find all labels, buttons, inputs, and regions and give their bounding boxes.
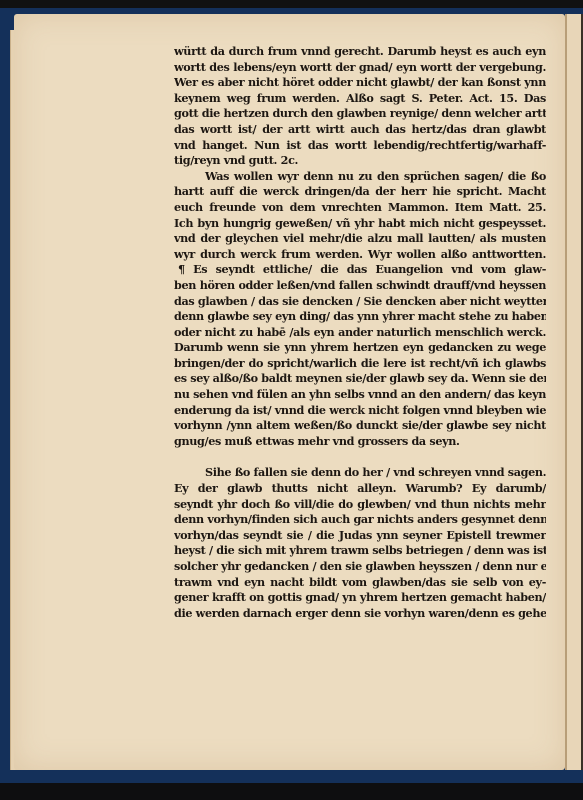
paragraph-2: Was wollen wyr denn nu zu den sprüchen s… bbox=[174, 169, 546, 263]
text-line: württ da durch frum vnnd gerecht. Darumb… bbox=[174, 44, 546, 60]
text-line: wortt des lebens/eyn wortt der gnad/ eyn… bbox=[174, 60, 546, 76]
text-line: keynem weg frum werden. Alßo sagt S. Pet… bbox=[174, 91, 546, 107]
text-line: vnd hanget. Nun ist das wortt lebendig/r… bbox=[174, 138, 546, 154]
text-line: heyst / die sich mit yhrem trawm selbs b… bbox=[174, 543, 546, 559]
text-line: vorhyn/das seyndt sie / die Judas ynn se… bbox=[174, 528, 546, 544]
page-text-block: württ da durch frum vnnd gerecht. Darumb… bbox=[174, 44, 546, 621]
background-bottom bbox=[0, 783, 583, 800]
text-line: denn vorhyn/finden sich auch gar nichts … bbox=[174, 512, 546, 528]
text-line: die werden darnach erger denn sie vorhyn… bbox=[174, 606, 546, 622]
text-line: solcher yhr gedancken / den sie glawben … bbox=[174, 559, 546, 575]
text-line: ben hören odder leßen/vnd fallen schwind… bbox=[174, 278, 546, 294]
paragraph-1: württ da durch frum vnnd gerecht. Darumb… bbox=[174, 44, 546, 169]
background-top bbox=[0, 0, 583, 8]
text-line: gnug/es muß ettwas mehr vnd grossers da … bbox=[174, 434, 546, 450]
paragraph-3: ¶ Es seyndt ettliche/ die das Euangelion… bbox=[174, 262, 546, 449]
paragraph-gap bbox=[174, 449, 546, 465]
text-line: Darumb wenn sie ynn yhrem hertzen eyn ge… bbox=[174, 340, 546, 356]
text-line: enderung da ist/ vnnd die werck nicht fo… bbox=[174, 403, 546, 419]
text-line: tig/reyn vnd gutt. 2c. bbox=[174, 153, 546, 169]
text-line: es sey alßo/ßo baldt meynen sie/der glaw… bbox=[174, 371, 546, 387]
text-line: das wortt ist/ der artt wirtt auch das h… bbox=[174, 122, 546, 138]
paragraph-4: Sihe ßo fallen sie denn do her / vnd sch… bbox=[174, 465, 546, 621]
text-line: das glawben / das sie dencken / Sie denc… bbox=[174, 294, 546, 310]
text-line: nu sehen vnd fülen an yhn selbs vnnd an … bbox=[174, 387, 546, 403]
text-line: denn glawbe sey eyn ding/ das ynn yhrer … bbox=[174, 309, 546, 325]
text-line: ¶ Es seyndt ettliche/ die das Euangelion… bbox=[174, 262, 546, 278]
text-line: Ich byn hungrig geweßen/ vñ yhr habt mic… bbox=[174, 216, 546, 232]
text-line: euch freunde von dem vnrechten Mammon. I… bbox=[174, 200, 546, 216]
text-line: hartt auff die werck dringen/da der herr… bbox=[174, 184, 546, 200]
text-line: Wer es aber nicht höret odder nicht glaw… bbox=[174, 75, 546, 91]
text-line: wyr durch werck frum werden. Wyr wollen … bbox=[174, 247, 546, 263]
text-line: Ey der glawb thutts nicht alleyn. Warumb… bbox=[174, 481, 546, 497]
text-line: vorhynn /ynn altem weßen/ßo dunckt sie/d… bbox=[174, 418, 546, 434]
text-line: vnd der gleychen viel mehr/die alzu mall… bbox=[174, 231, 546, 247]
text-line: Sihe ßo fallen sie denn do her / vnd sch… bbox=[174, 465, 546, 481]
text-line: Was wollen wyr denn nu zu den sprüchen s… bbox=[174, 169, 546, 185]
text-line: gott die hertzen durch den glawben reyni… bbox=[174, 106, 546, 122]
text-line: oder nicht zu habē /als eyn ander naturl… bbox=[174, 325, 546, 341]
text-line: trawm vnd eyn nacht bildt vom glawben/da… bbox=[174, 575, 546, 591]
text-line: seyndt yhr doch ßo vill/die do glewben/ … bbox=[174, 497, 546, 513]
text-line: gener krafft on gottis gnad/ yn yhrem he… bbox=[174, 590, 546, 606]
text-line: bringen/der do spricht/warlich die lere … bbox=[174, 356, 546, 372]
